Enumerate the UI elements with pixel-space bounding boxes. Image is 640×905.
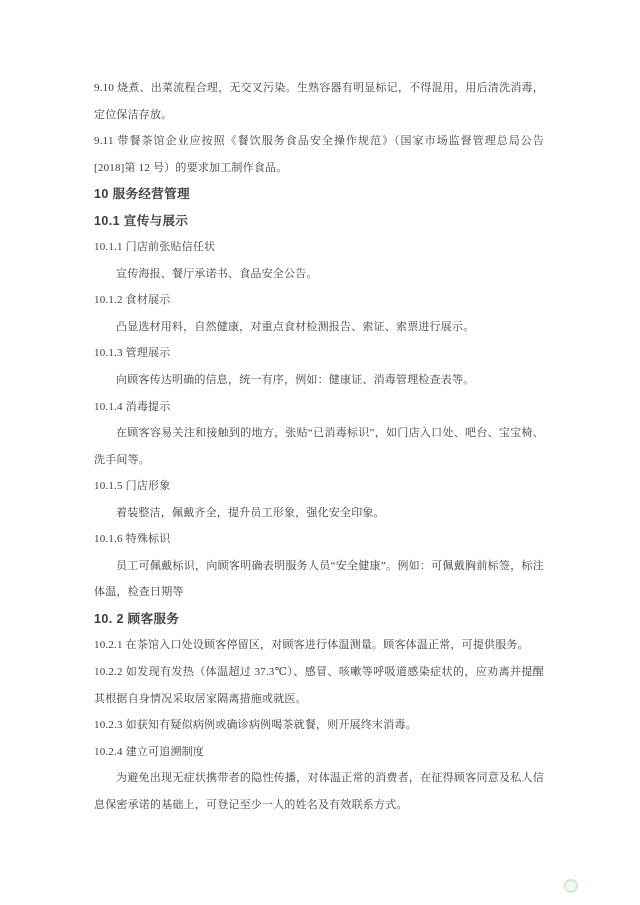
green-ring-icon	[564, 879, 578, 893]
desc-10-1-4: 在顾客容易关注和接触到的地方，张贴“已消毒标识”，如门店入口处、吧台、宝宝椅、洗…	[94, 420, 544, 473]
document-body: 9.10 烧煮、出菜流程合理，无交叉污染。生熟容器有明显标记，不得混用，用后清洗…	[94, 75, 544, 818]
heading-10: 10 服务经营管理	[94, 181, 544, 208]
desc-10-1-6: 员工可佩戴标识，向顾客明确表明服务人员“安全健康”。例如：可佩戴胸前标签，标注体…	[94, 553, 544, 606]
desc-10-1-1: 宣传海报、餐厅承诺书、食品安全公告。	[94, 261, 544, 288]
para-9-11: 9.11 带餐茶馆企业应按照《餐饮服务食品安全操作规范》（国家市场监督管理总局公…	[94, 128, 544, 181]
heading-10-1: 10.1 宣传与展示	[94, 208, 544, 235]
subheading-10-1-1: 10.1.1 门店前张贴信任状	[94, 234, 544, 261]
subheading-10-1-3: 10.1.3 管理展示	[94, 340, 544, 367]
para-10-2-3: 10.2.3 如获知有疑似病例或确诊病例喝茶就餐，则开展终末消毒。	[94, 712, 544, 739]
para-10-2-2: 10.2.2 如发现有发热（体温超过 37.3℃）、感冒、咳嗽等呼吸道感染症状的…	[94, 659, 544, 712]
desc-10-1-2: 凸显选材用料，自然健康，对重点食材检测报告、索证、索票进行展示。	[94, 314, 544, 341]
para-10-2-1: 10.2.1 在茶馆入口处设顾客停留区，对顾客进行体温测量。顾客体温正常，可提供…	[94, 632, 544, 659]
document-page: 9.10 烧煮、出菜流程合理，无交叉污染。生熟容器有明显标记，不得混用，用后清洗…	[0, 0, 640, 905]
desc-10-2-4: 为避免出现无症状携带者的隐性传播，对体温正常的消费者，在征得顾客同意及私人信息保…	[94, 765, 544, 818]
heading-10-2: 10. 2 顾客服务	[94, 606, 544, 633]
subheading-10-1-5: 10.1.5 门店形象	[94, 473, 544, 500]
subheading-10-1-6: 10.1.6 特殊标识	[94, 526, 544, 553]
para-9-10: 9.10 烧煮、出菜流程合理，无交叉污染。生熟容器有明显标记，不得混用，用后清洗…	[94, 75, 544, 128]
desc-10-1-5: 着装整洁，佩戴齐全，提升员工形象，强化安全印象。	[94, 500, 544, 527]
desc-10-1-3: 向顾客传达明确的信息，统一有序，例如：健康证、消毒管理检查表等。	[94, 367, 544, 394]
subheading-10-1-4: 10.1.4 消毒提示	[94, 394, 544, 421]
subheading-10-1-2: 10.1.2 食材展示	[94, 287, 544, 314]
subheading-10-2-4: 10.2.4 建立可追溯制度	[94, 739, 544, 766]
